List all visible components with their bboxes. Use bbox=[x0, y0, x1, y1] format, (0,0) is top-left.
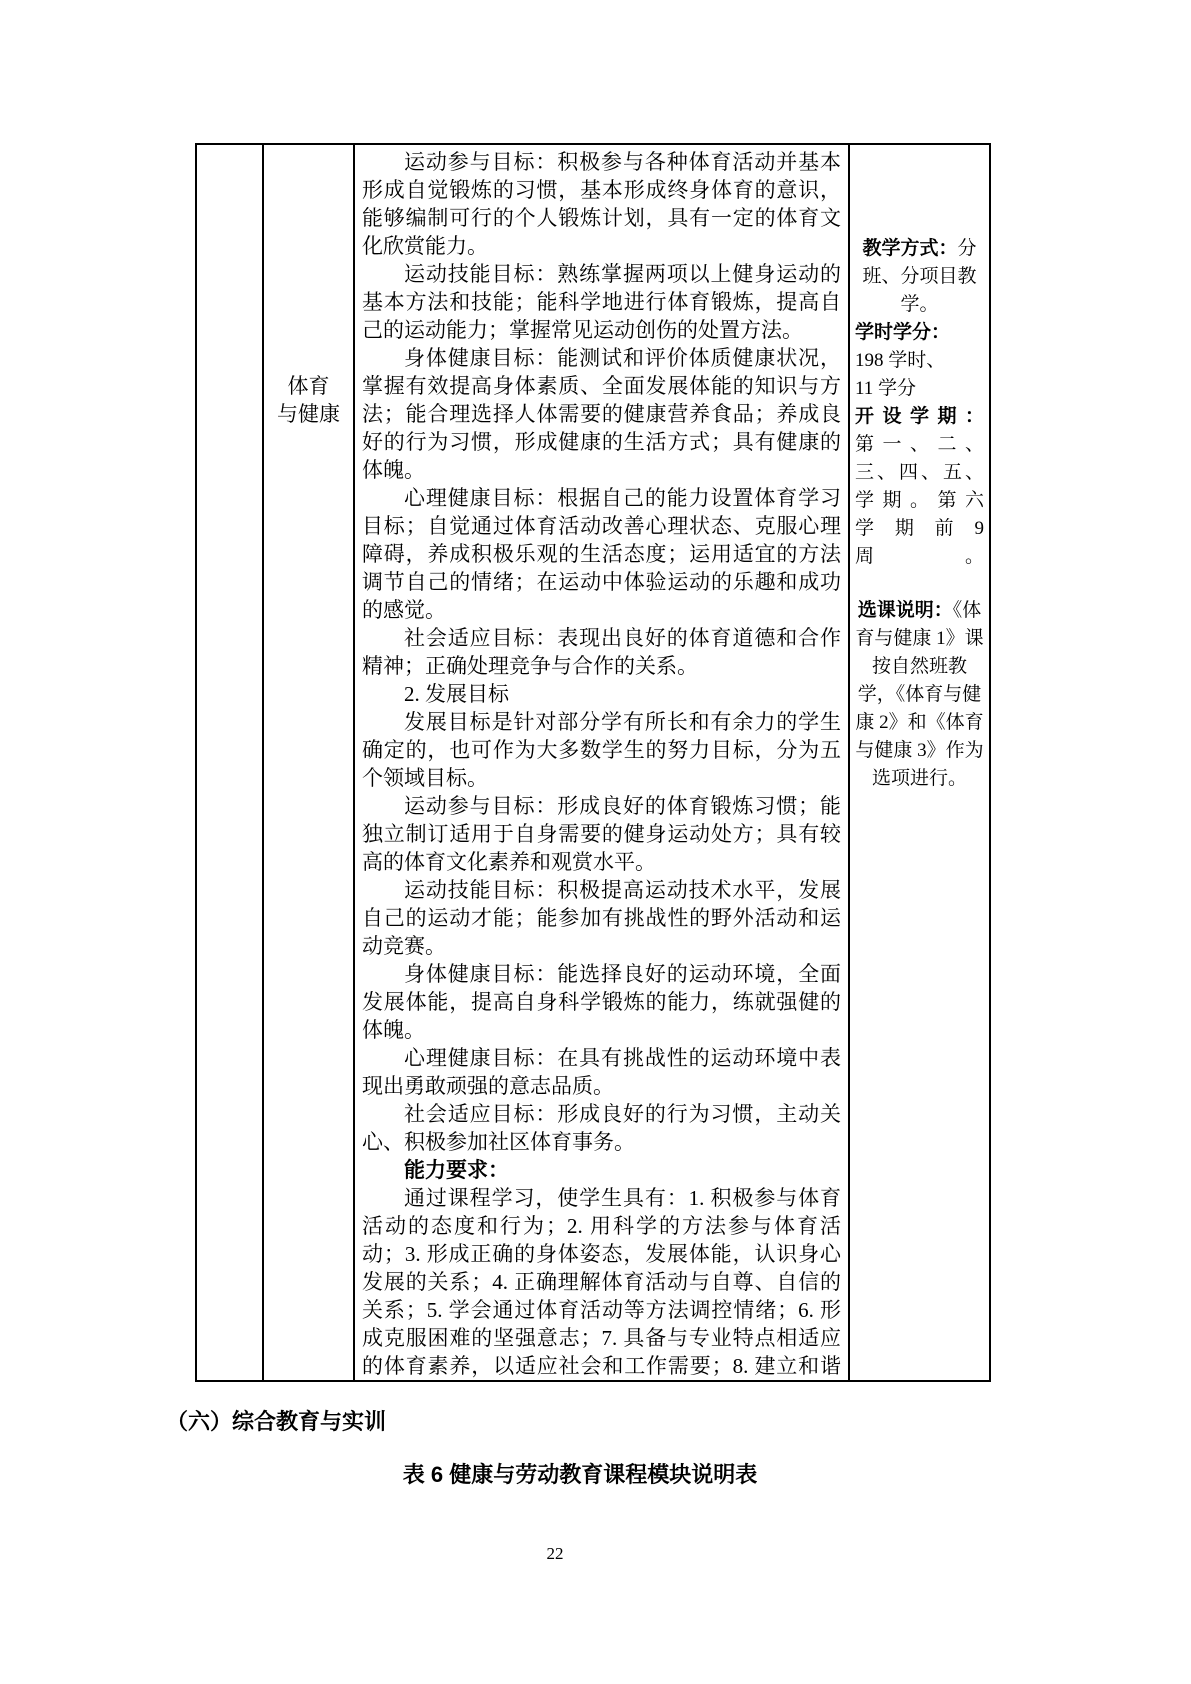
objective-paragraph: 运动技能目标：熟练掌握两项以上健身运动的基本方法和技能；能科学地进行体育锻炼，提… bbox=[362, 260, 841, 344]
table-row: 体育 与健康 运动参与目标：积极参与各种体育活动并基本形成自觉锻炼的习惯，基本形… bbox=[196, 144, 990, 1381]
semesters-note: 开设学期： 第一、二、 三、四、五、 学期。第六 学 期 前 9 周。 bbox=[855, 403, 984, 571]
course-selection-value: 《体 育与健康 1》课 按自然班教 学，《体育与健 康 2》和《体育 与健康 3… bbox=[855, 600, 983, 789]
objective-paragraph: 心理健康目标：在具有挑战性的运动环境中表现出勇敢顽强的意志品质。 bbox=[362, 1044, 841, 1100]
semesters-value: 第一、二、 三、四、五、 学期。第六 学 期 前 9 周。 bbox=[855, 434, 984, 567]
hours-credits-note: 学时学分： 198 学时、 11 学分 bbox=[855, 319, 984, 403]
course-name-cell: 体育 与健康 bbox=[263, 144, 354, 1381]
development-goal-heading: 2. 发展目标 bbox=[362, 680, 841, 708]
curriculum-table: 体育 与健康 运动参与目标：积极参与各种体育活动并基本形成自觉锻炼的习惯，基本形… bbox=[195, 143, 991, 1382]
objective-paragraph: 社会适应目标：表现出良好的体育道德和合作精神；正确处理竞争与合作的关系。 bbox=[362, 624, 841, 680]
course-selection-note: 选课说明：《体 育与健康 1》课 按自然班教 学，《体育与健 康 2》和《体育 … bbox=[855, 597, 984, 793]
section-heading: （六）综合教育与实训 bbox=[166, 1408, 386, 1436]
teaching-method-label: 教学方式： bbox=[862, 238, 957, 259]
course-name: 体育 与健康 bbox=[264, 145, 353, 428]
notes-text: 教学方式：分 班、分项目教 学。 学时学分： 198 学时、 11 学分 开设学… bbox=[850, 145, 989, 1376]
course-name-line1: 体育 bbox=[264, 372, 353, 400]
objective-paragraph: 运动技能目标：积极提高运动技术水平，发展自己的运动才能；能参加有挑战性的野外活动… bbox=[362, 876, 841, 960]
table-caption: 表 6 健康与劳动教育课程模块说明表 bbox=[0, 1461, 1160, 1489]
objective-paragraph: 心理健康目标：根据自己的能力设置体育学习目标；自觉通过体育活动改善心理状态、克服… bbox=[362, 484, 841, 624]
objective-paragraph: 身体健康目标：能选择良好的运动环境，全面发展体能，提高自身科学锻炼的能力，练就强… bbox=[362, 960, 841, 1044]
objective-paragraph: 身体健康目标：能测试和评价体质健康状况，掌握有效提高身体素质、全面发展体能的知识… bbox=[362, 344, 841, 484]
objectives-cell: 运动参与目标：积极参与各种体育活动并基本形成自觉锻炼的习惯，基本形成终身体育的意… bbox=[354, 144, 849, 1381]
page-number: 22 bbox=[0, 1543, 1110, 1565]
objectives-text: 运动参与目标：积极参与各种体育活动并基本形成自觉锻炼的习惯，基本形成终身体育的意… bbox=[355, 145, 848, 1380]
semesters-label: 开设学期： bbox=[855, 406, 984, 427]
ability-requirements-paragraph: 通过课程学习，使学生具有：1. 积极参与体育活动的态度和行为；2. 用科学的方法… bbox=[362, 1184, 841, 1380]
objective-paragraph: 发展目标是针对部分学有所长和有余力的学生确定的，也可作为大多数学生的努力目标，分… bbox=[362, 708, 841, 792]
objective-paragraph: 运动参与目标：积极参与各种体育活动并基本形成自觉锻炼的习惯，基本形成终身体育的意… bbox=[362, 148, 841, 260]
course-selection-label: 选课说明： bbox=[858, 600, 953, 621]
ability-requirements-heading: 能力要求： bbox=[362, 1156, 841, 1184]
hours-credits-value: 198 学时、 11 学分 bbox=[855, 350, 945, 399]
objective-paragraph: 运动参与目标：形成良好的体育锻炼习惯；能独立制订适用于自身需要的健身运动处方；具… bbox=[362, 792, 841, 876]
teaching-method-note: 教学方式：分 班、分项目教 学。 bbox=[855, 235, 984, 319]
hours-credits-label: 学时学分： bbox=[855, 322, 950, 343]
empty-continuation-cell bbox=[196, 144, 263, 1381]
notes-cell: 教学方式：分 班、分项目教 学。 学时学分： 198 学时、 11 学分 开设学… bbox=[849, 144, 990, 1381]
course-name-line2: 与健康 bbox=[264, 400, 353, 428]
objective-paragraph: 社会适应目标：形成良好的行为习惯，主动关心、积极参加社区体育事务。 bbox=[362, 1100, 841, 1156]
